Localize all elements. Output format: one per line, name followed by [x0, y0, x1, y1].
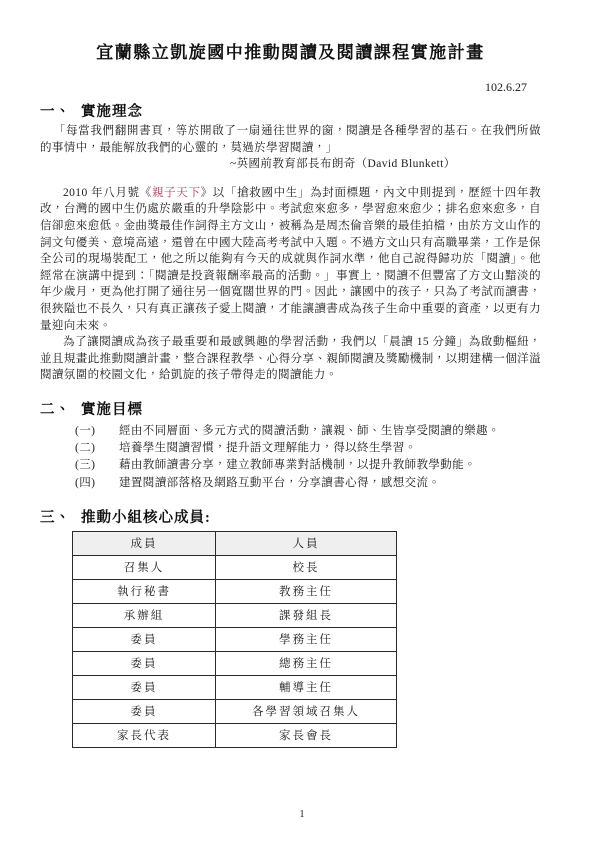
table-row: 承辦組 課發組長 [73, 603, 397, 627]
member-role-cell: 召集人 [73, 555, 216, 579]
member-role-cell: 家長代表 [73, 723, 216, 747]
goal-item: (四) 建置閱讀部落格及網路互動平台，分享讀書心得，感想交流。 [75, 475, 541, 492]
table-row: 家長代表 家長會長 [73, 723, 397, 747]
section-number: 一、 [40, 100, 71, 121]
goal-number: (二) [75, 440, 119, 457]
member-person-cell: 教務主任 [216, 579, 397, 603]
table-row: 執行秘書 教務主任 [73, 579, 397, 603]
goal-number: (一) [75, 423, 119, 440]
member-role-cell: 委員 [73, 651, 216, 675]
section-heading-philosophy: 一、 實施理念 [40, 100, 541, 121]
goal-text: 藉由教師讀書分享，建立教師專業對話機制，以提升教師教學動能。 [119, 457, 476, 474]
core-members-table: 成員 人員 召集人 校長 執行秘書 教務主任 承辦組 課發組長 委員 [72, 531, 397, 748]
section-heading-label: 實施理念 [81, 100, 143, 121]
member-role-cell: 委員 [73, 699, 216, 723]
member-person-cell: 課發組長 [216, 603, 397, 627]
table-row: 委員 學務主任 [73, 627, 397, 651]
goal-number: (四) [75, 475, 119, 492]
goal-list: (一) 經由不同層面、多元方式的閱讀活動，讓親、師、生皆享受閱讀的樂趣。 (二)… [40, 423, 541, 492]
table-header-role: 成員 [73, 531, 216, 555]
goal-item: (二) 培養學生閱讀習慣，提升語文理解能力，得以終生學習。 [75, 440, 541, 457]
member-person-cell: 總務主任 [216, 651, 397, 675]
page-title: 宜蘭縣立凱旋國中推動閱讀及閱讀課程實施計畫 [40, 38, 541, 63]
table-header-person: 人員 [216, 531, 397, 555]
goal-text: 經由不同層面、多元方式的閱讀活動，讓親、師、生皆享受閱讀的樂趣。 [119, 423, 500, 440]
section-heading-label: 推動小組核心成員: [81, 506, 211, 527]
table-row: 委員 各學習領域召集人 [73, 699, 397, 723]
section-heading-goals: 二、 實施目標 [40, 398, 541, 419]
table-row: 召集人 校長 [73, 555, 397, 579]
member-person-cell: 各學習領域召集人 [216, 699, 397, 723]
member-person-cell: 輔導主任 [216, 675, 397, 699]
section-heading-label: 實施目標 [81, 398, 143, 419]
section-number: 二、 [40, 398, 71, 419]
member-role-cell: 委員 [73, 675, 216, 699]
table-row: 委員 輔導主任 [73, 675, 397, 699]
opening-quote: 「每當我們翻開書頁，等於開啟了一扇通往世界的窗，閱讀是各種學習的基石。在我們所做… [40, 123, 541, 156]
page-number: 1 [0, 809, 604, 820]
paragraph-morning-reading: 為了讓閱讀成為孩子最重要和最感興趣的學習活動，我們以「晨讀 15 分鐘」為啟動樞… [40, 334, 541, 384]
paragraph-text-suffix: 》以「搶救國中生」為封面標題，內文中則提到，歷經十四年教改，台灣的國中生仍處於嚴… [40, 187, 541, 332]
document-date: 102.6.27 [40, 80, 541, 95]
paragraph-parenting-magazine: 2010 年八月號《親子天下》以「搶救國中生」為封面標題，內文中則提到，歷經十四… [40, 185, 541, 334]
goal-item: (一) 經由不同層面、多元方式的閱讀活動，讓親、師、生皆享受閱讀的樂趣。 [75, 423, 541, 440]
member-person-cell: 家長會長 [216, 723, 397, 747]
goal-text: 建置閱讀部落格及網路互動平台，分享讀書心得，感想交流。 [119, 475, 440, 492]
document-page: 宜蘭縣立凱旋國中推動閱讀及閱讀課程實施計畫 102.6.27 一、 實施理念 「… [0, 0, 604, 851]
highlighted-magazine-name: 親子天下 [152, 187, 201, 199]
paragraph-text-prefix: 2010 年八月號《 [63, 187, 152, 199]
quote-attribution: ~英國前教育部長布朗奇（David Blunkett） [230, 156, 541, 173]
table-header-row: 成員 人員 [73, 531, 397, 555]
document-content: 宜蘭縣立凱旋國中推動閱讀及閱讀課程實施計畫 102.6.27 一、 實施理念 「… [0, 0, 604, 748]
member-person-cell: 學務主任 [216, 627, 397, 651]
member-role-cell: 承辦組 [73, 603, 216, 627]
member-person-cell: 校長 [216, 555, 397, 579]
table-row: 委員 總務主任 [73, 651, 397, 675]
member-role-cell: 執行秘書 [73, 579, 216, 603]
goal-number: (三) [75, 457, 119, 474]
goal-text: 培養學生閱讀習慣，提升語文理解能力，得以終生學習。 [119, 440, 417, 457]
section-heading-members: 三、 推動小組核心成員: [40, 506, 541, 527]
section-number: 三、 [40, 506, 71, 527]
member-role-cell: 委員 [73, 627, 216, 651]
goal-item: (三) 藉由教師讀書分享，建立教師專業對話機制，以提升教師教學動能。 [75, 457, 541, 474]
